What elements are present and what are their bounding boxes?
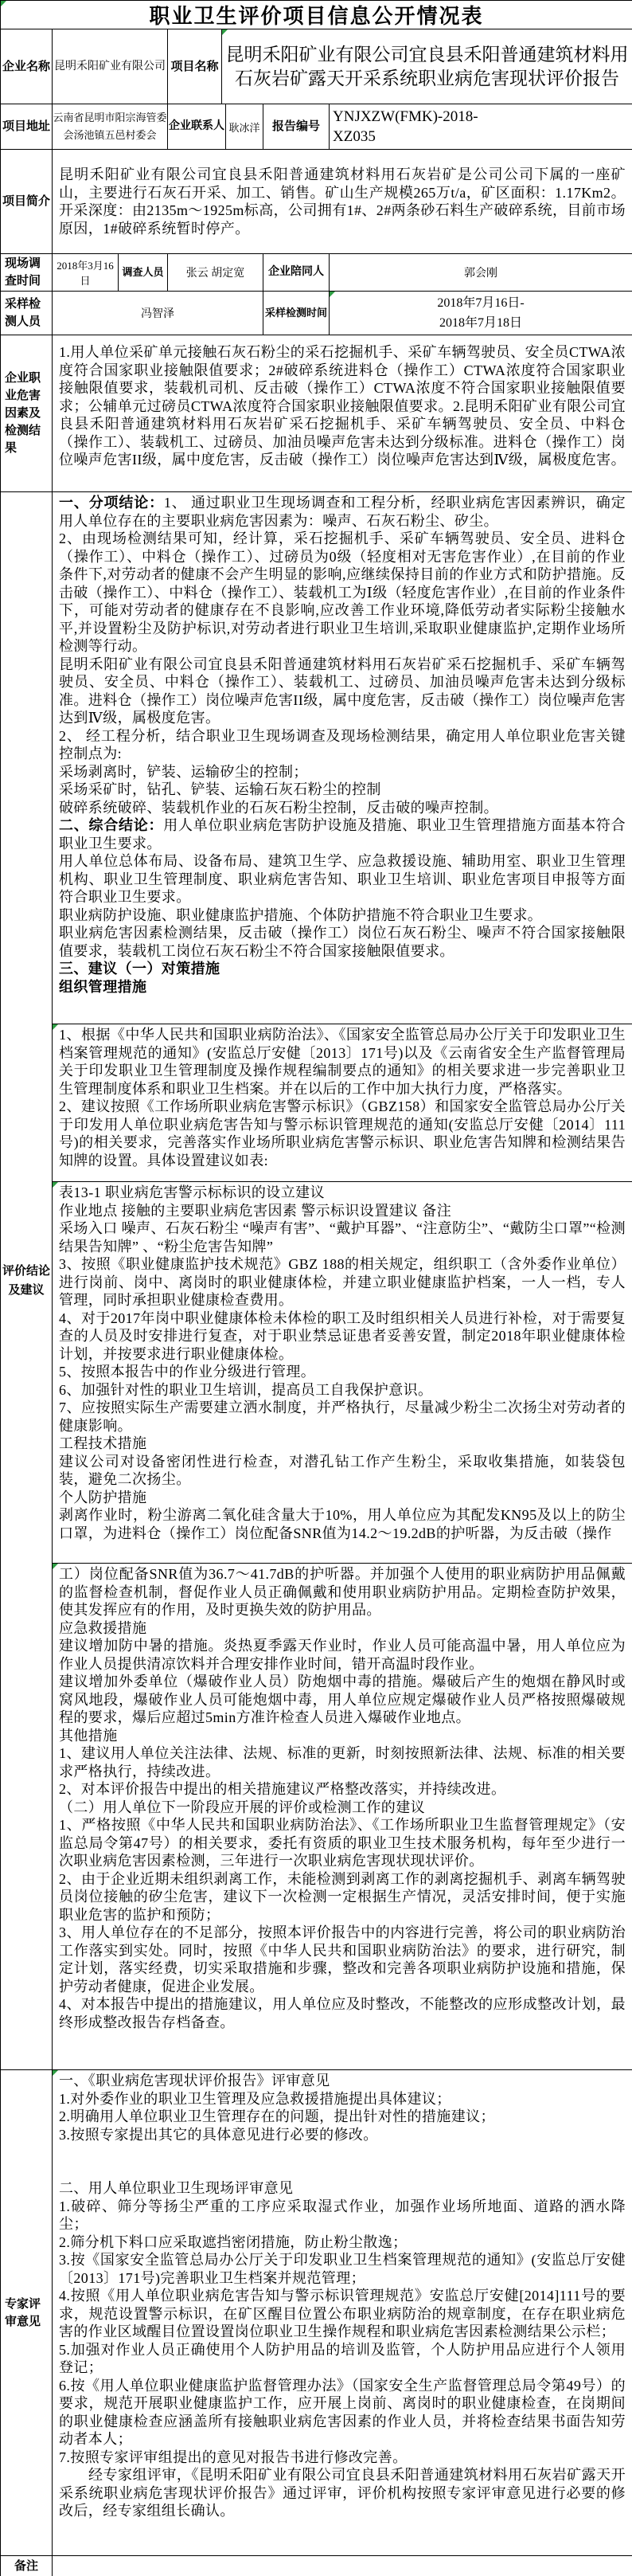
conclusion-part-2: 1、根据《中华人民共和国职业病防治法》、《国家安全监管总局办公厅关于印发职业卫生… — [52, 1024, 632, 1181]
remarks-value — [52, 2555, 632, 2576]
expert-review-label: 专家评审意见 — [0, 2069, 52, 2555]
project-address-value: 云南省昆明市阳宗海管委会汤池镇五邑村委会 — [52, 104, 167, 149]
hazards-text: 1.用人单位采矿单元接触石灰石粉尘的采石挖掘机手、采矿车辆驾驶员、安全员CTWA… — [52, 335, 632, 491]
conclusion-part-1: 一、分项结论：1、 通过职业卫生现场调查和工程分析，经职业病危害因素辨识，确定用… — [52, 491, 632, 1024]
excel-flag-icon — [1, 1, 6, 6]
excel-flag-icon — [53, 1564, 58, 1569]
report-number-value: YNJXZW(FMK)-2018- XZ035 — [329, 104, 632, 149]
excel-flag-icon — [53, 2070, 58, 2076]
expert-review-text: 一、《职业病危害现状评价报告》评审意见1.对外委作业的职业卫生管理及应急救援措施… — [52, 2069, 632, 2555]
surveyors-label: 调查人员 — [118, 253, 167, 291]
sampler-label: 采样检测人员 — [0, 291, 52, 335]
excel-flag-icon — [53, 1182, 58, 1188]
conclusion-label: 评价结论及建议 — [0, 491, 52, 2069]
project-intro-label: 项目简介 — [0, 149, 52, 253]
company-name-label: 企业名称 — [0, 29, 52, 104]
conclusion-part-4: 工）岗位配备SNR值为36.7～41.7dB的护听器。并加强个人使用的职业病防护… — [52, 1563, 632, 2069]
escort-label: 企业陪同人 — [263, 253, 329, 291]
sampler-value: 冯智泽 — [52, 291, 263, 335]
project-name-label: 项目名称 — [167, 29, 221, 104]
sampling-time-value: 2018年7月16日- 2018年7月18日 — [329, 291, 632, 335]
survey-time-label: 现场调查时间 — [0, 253, 52, 291]
excel-flag-icon — [330, 292, 335, 297]
disclosure-table: 职业卫生评价项目信息公开情况表 企业名称 昆明禾阳矿业有限公司 项目名称 昆明禾… — [0, 0, 632, 2576]
project-address-label: 项目地址 — [0, 104, 52, 149]
remarks-label: 备注 — [0, 2555, 52, 2576]
report-number-label: 报告编号 — [263, 104, 329, 149]
escort-value: 郭会刚 — [329, 253, 632, 291]
page-title-text: 职业卫生评价项目信息公开情况表 — [149, 0, 483, 29]
sampling-time-label: 采样检测时间 — [263, 291, 329, 335]
project-intro-value: 昆明禾阳矿业有限公司宜良县禾阳普通建筑材料用石灰岩矿是公司公司下属的一座矿山，主… — [52, 149, 632, 253]
conclusion-part-3: 表13-1 职业病危害警示标标识的设立建议作业地点 接触的主要职业病危害因素 警… — [52, 1181, 632, 1563]
survey-time-value: 2018年3月16日 — [52, 253, 118, 291]
company-contact-label: 企业联系人 — [167, 104, 225, 149]
page-title: 职业卫生评价项目信息公开情况表 — [0, 0, 632, 29]
excel-flag-icon — [222, 29, 228, 35]
surveyors-value: 张云 胡定宽 — [167, 253, 263, 291]
company-contact-value: 耿冰洋 — [225, 104, 263, 149]
hazards-label: 企业职业危害因素及检测结果 — [0, 335, 52, 491]
excel-flag-icon — [53, 1024, 58, 1030]
company-name-value: 昆明禾阳矿业有限公司 — [52, 29, 167, 104]
project-name-value: 昆明禾阳矿业有限公司宜良县禾阳普通建筑材料用石灰岩矿露天开采系统职业病危害现状评… — [221, 29, 632, 104]
